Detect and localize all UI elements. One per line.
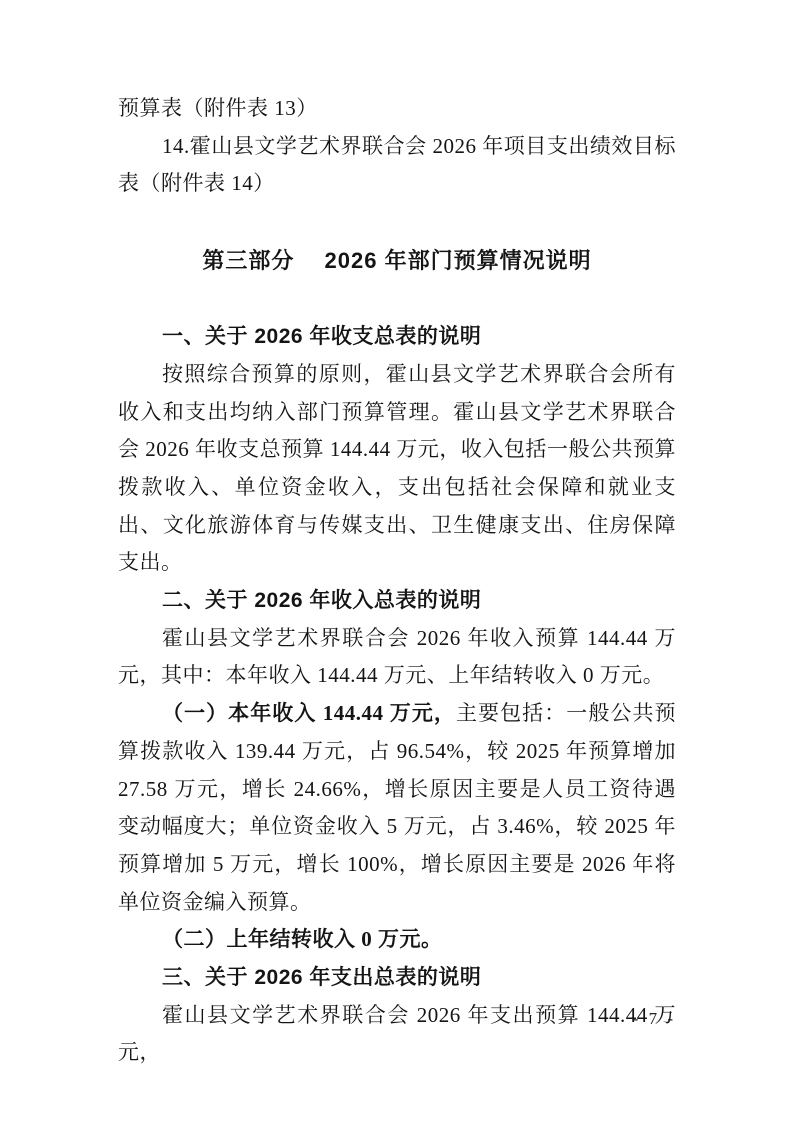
section-title-expenditure: 三、关于 2026 年支出总表的说明 <box>118 959 676 997</box>
para-carryover-income: （二）上年结转收入 0 万元。 <box>118 921 676 959</box>
part-three-heading: 第三部分 2026 年部门预算情况说明 <box>118 242 676 280</box>
current-year-income-lead: （一）本年收入 144.44 万元， <box>162 701 456 725</box>
para-current-year-income: （一）本年收入 144.44 万元，主要包括：一般公共预算拨款收入 139.44… <box>118 695 676 921</box>
current-year-income-detail: 主要包括：一般公共预算拨款收入 139.44 万元，占 96.54%，较 202… <box>118 701 676 914</box>
attachment-list-item-14: 14.霍山县文学艺术界联合会 2026 年项目支出绩效目标表（附件表 14） <box>118 128 676 203</box>
section-title-revenue-expenditure: 一、关于 2026 年收支总表的说明 <box>118 318 676 356</box>
continuation-line: 预算表（附件表 13） <box>118 90 676 128</box>
section-title-income: 二、关于 2026 年收入总表的说明 <box>118 582 676 620</box>
body-text: 预算表（附件表 13） 14.霍山县文学艺术界联合会 2026 年项目支出绩效目… <box>118 90 676 1072</box>
page-number: - 7 - <box>118 1005 676 1033</box>
document-page: 预算表（附件表 13） 14.霍山县文学艺术界联合会 2026 年项目支出绩效目… <box>0 0 793 1122</box>
para-income-summary: 霍山县文学艺术界联合会 2026 年收入预算 144.44 万元，其中：本年收入… <box>118 620 676 695</box>
para-budget-overview: 按照综合预算的原则，霍山县文学艺术界联合会所有收入和支出均纳入部门预算管理。霍山… <box>118 356 676 582</box>
